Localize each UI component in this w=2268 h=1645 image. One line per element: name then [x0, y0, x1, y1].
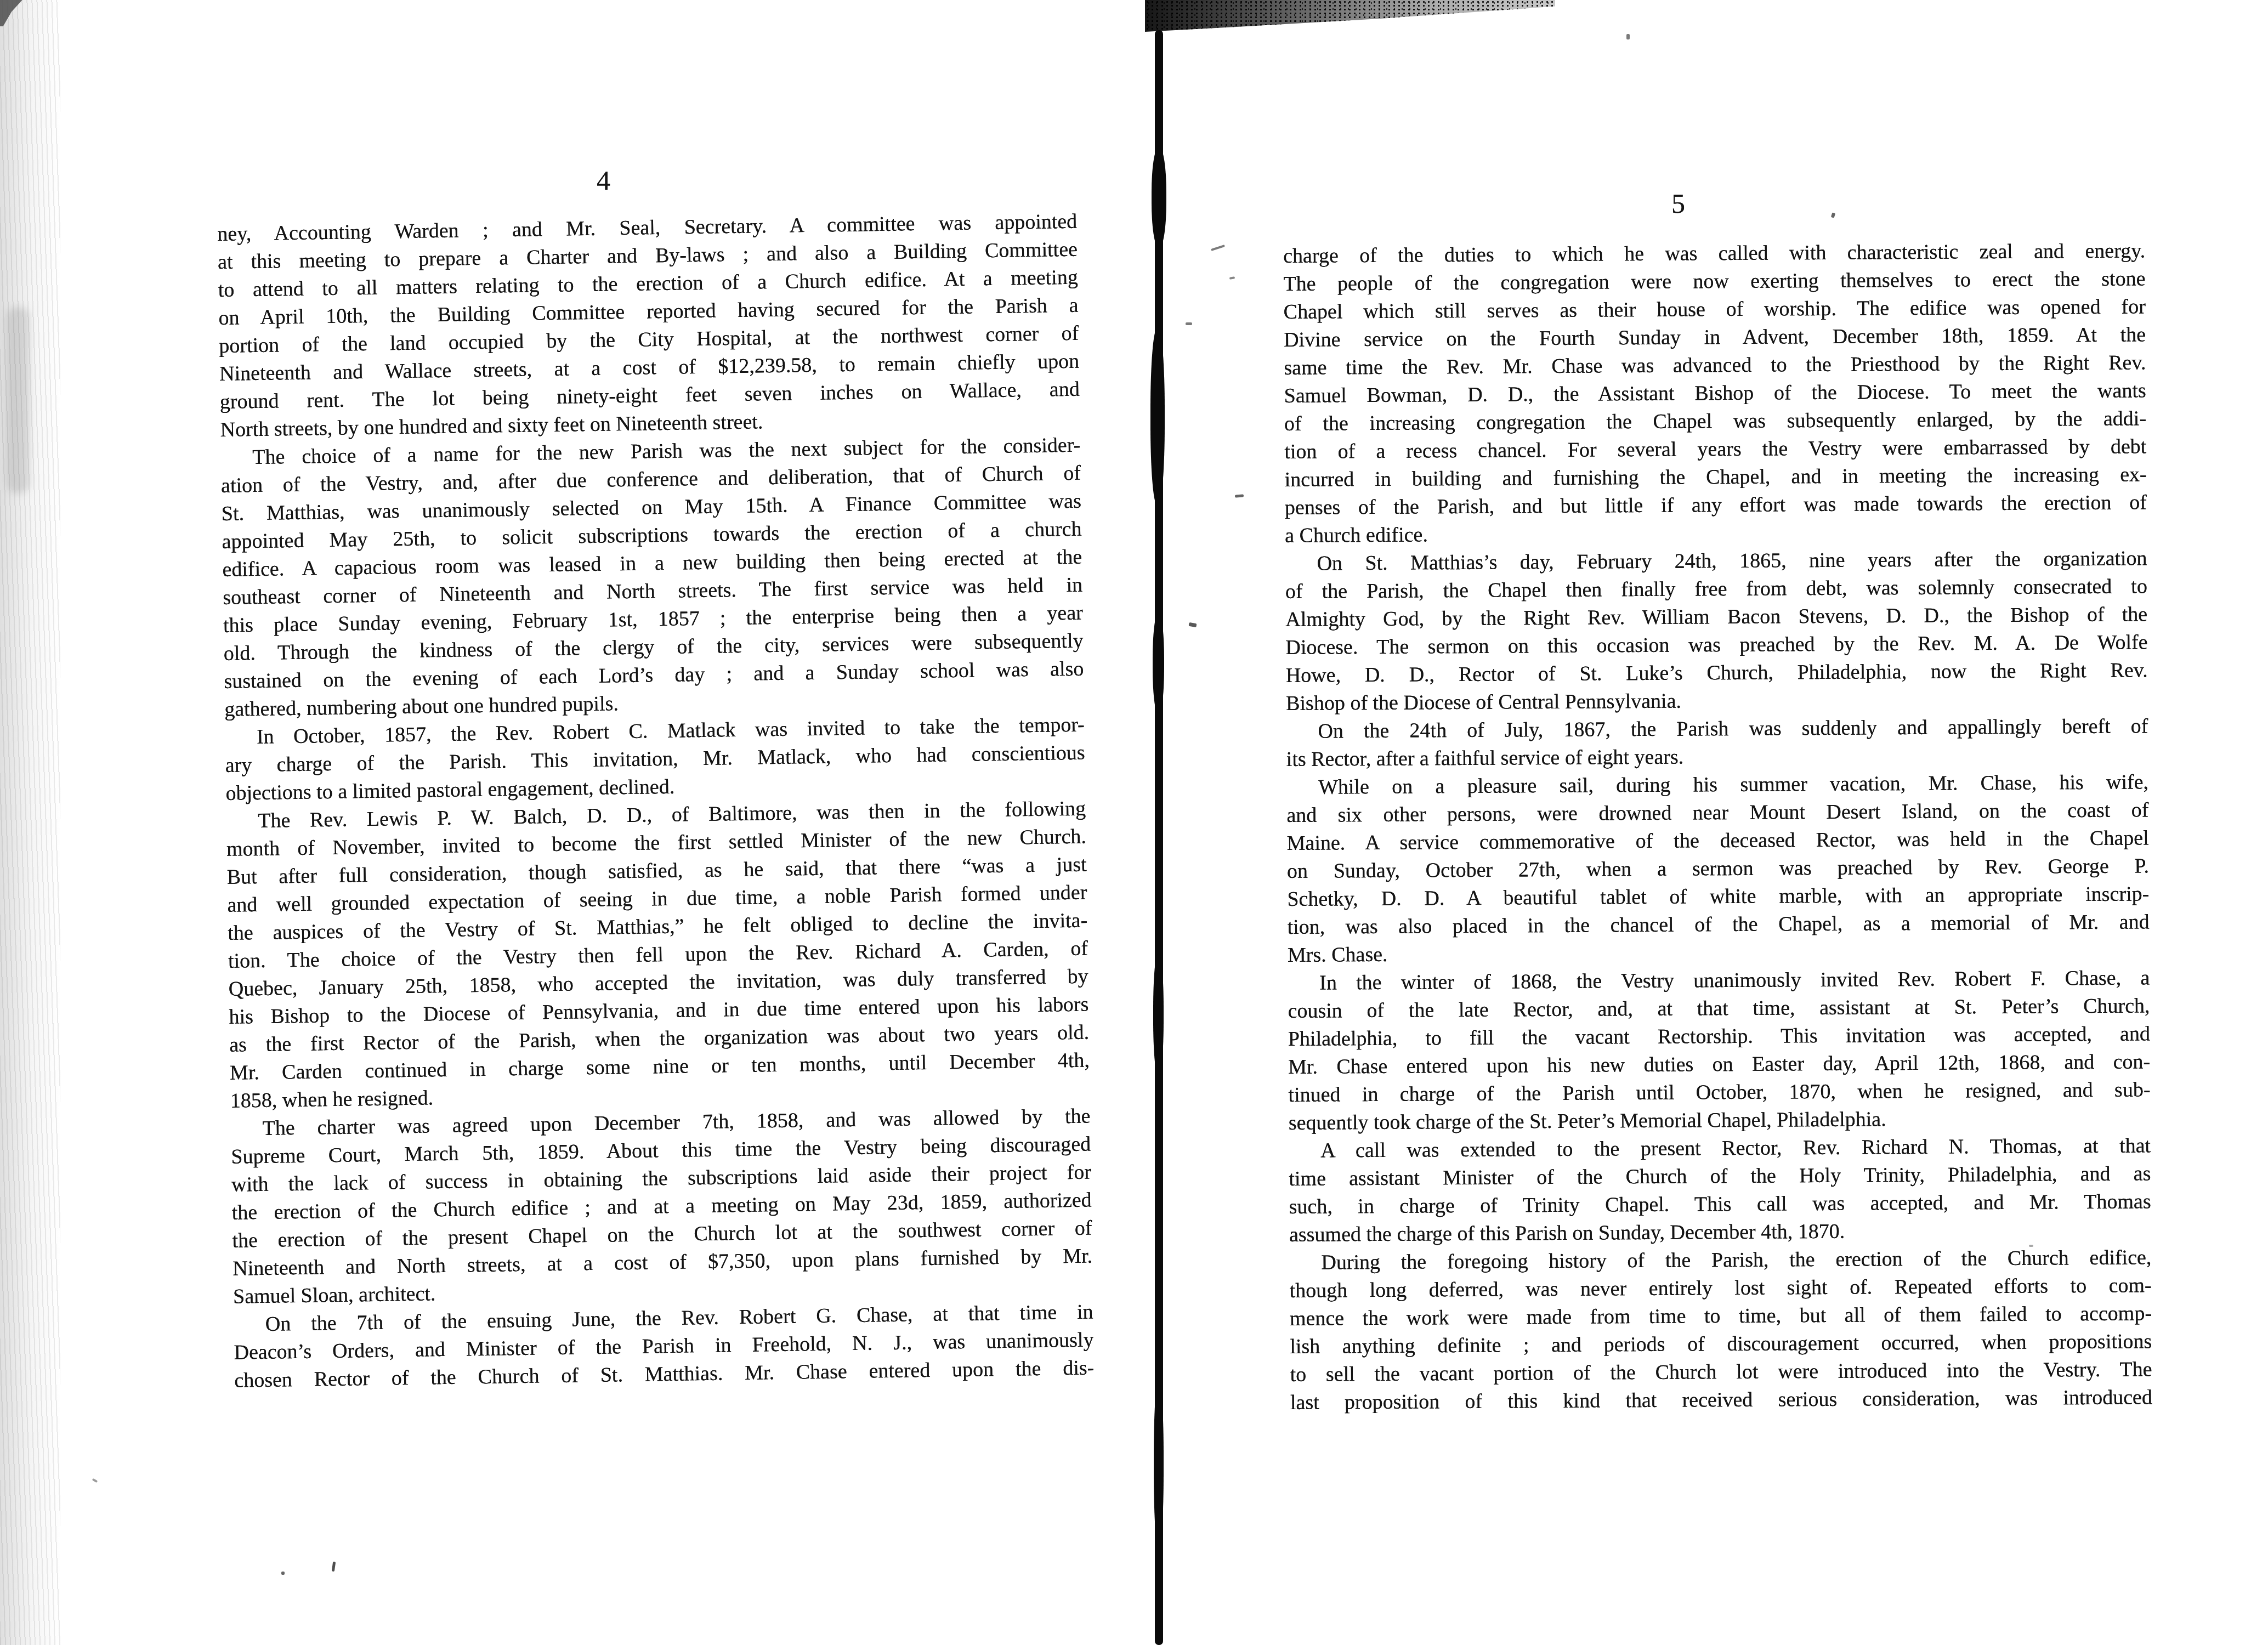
scan-edge-smudge	[7, 307, 30, 493]
scan-speck	[1211, 245, 1225, 251]
scan-noise-band	[1145, 0, 1555, 32]
scan-speck	[1235, 494, 1244, 497]
text-line: On the 24th of July, 1867, the Parish wa…	[1286, 712, 2148, 746]
page-number-left: 4	[597, 164, 610, 196]
binding-gutter-blob	[1152, 148, 1166, 247]
text-line: last proposition of this kind that recei…	[1290, 1383, 2152, 1417]
scan-speck	[1626, 34, 1630, 39]
scan-speck	[1229, 276, 1235, 280]
scan-speck	[332, 1562, 336, 1572]
page-number-right: 5	[1671, 188, 1685, 219]
binding-gutter-blob	[1150, 329, 1165, 504]
scan-speck	[92, 1478, 98, 1483]
book-scan: 4 ney, Accounting Warden ; and Mr. Seal,…	[0, 0, 2268, 1645]
text-line: tion, was also placed in the chancel of …	[1287, 908, 2149, 941]
page-5-text-column: charge of the duties to which he was cal…	[1283, 237, 2152, 1417]
text-line: penses of the Parish, and but little if …	[1285, 489, 2147, 522]
scan-edge-shading	[0, 0, 60, 1645]
binding-gutter-blob	[1153, 614, 1164, 713]
text-line: Howe, D. D., Rector of St. Luke’s Church…	[1286, 656, 2148, 690]
binding-gutter-blob	[1154, 1382, 1164, 1546]
scan-speck	[1188, 622, 1197, 627]
page-4-text-column: ney, Accounting Warden ; and Mr. Seal, S…	[217, 208, 1095, 1395]
binding-gutter-blob	[1153, 954, 1164, 1075]
scan-speck	[281, 1572, 285, 1575]
text-line: such, in charge of Trinity Chapel. This …	[1289, 1188, 2151, 1221]
text-line: tinued in charge of the Parish until Oct…	[1288, 1076, 2150, 1109]
scan-speck	[1186, 322, 1192, 325]
scan-speck	[1831, 212, 1835, 218]
